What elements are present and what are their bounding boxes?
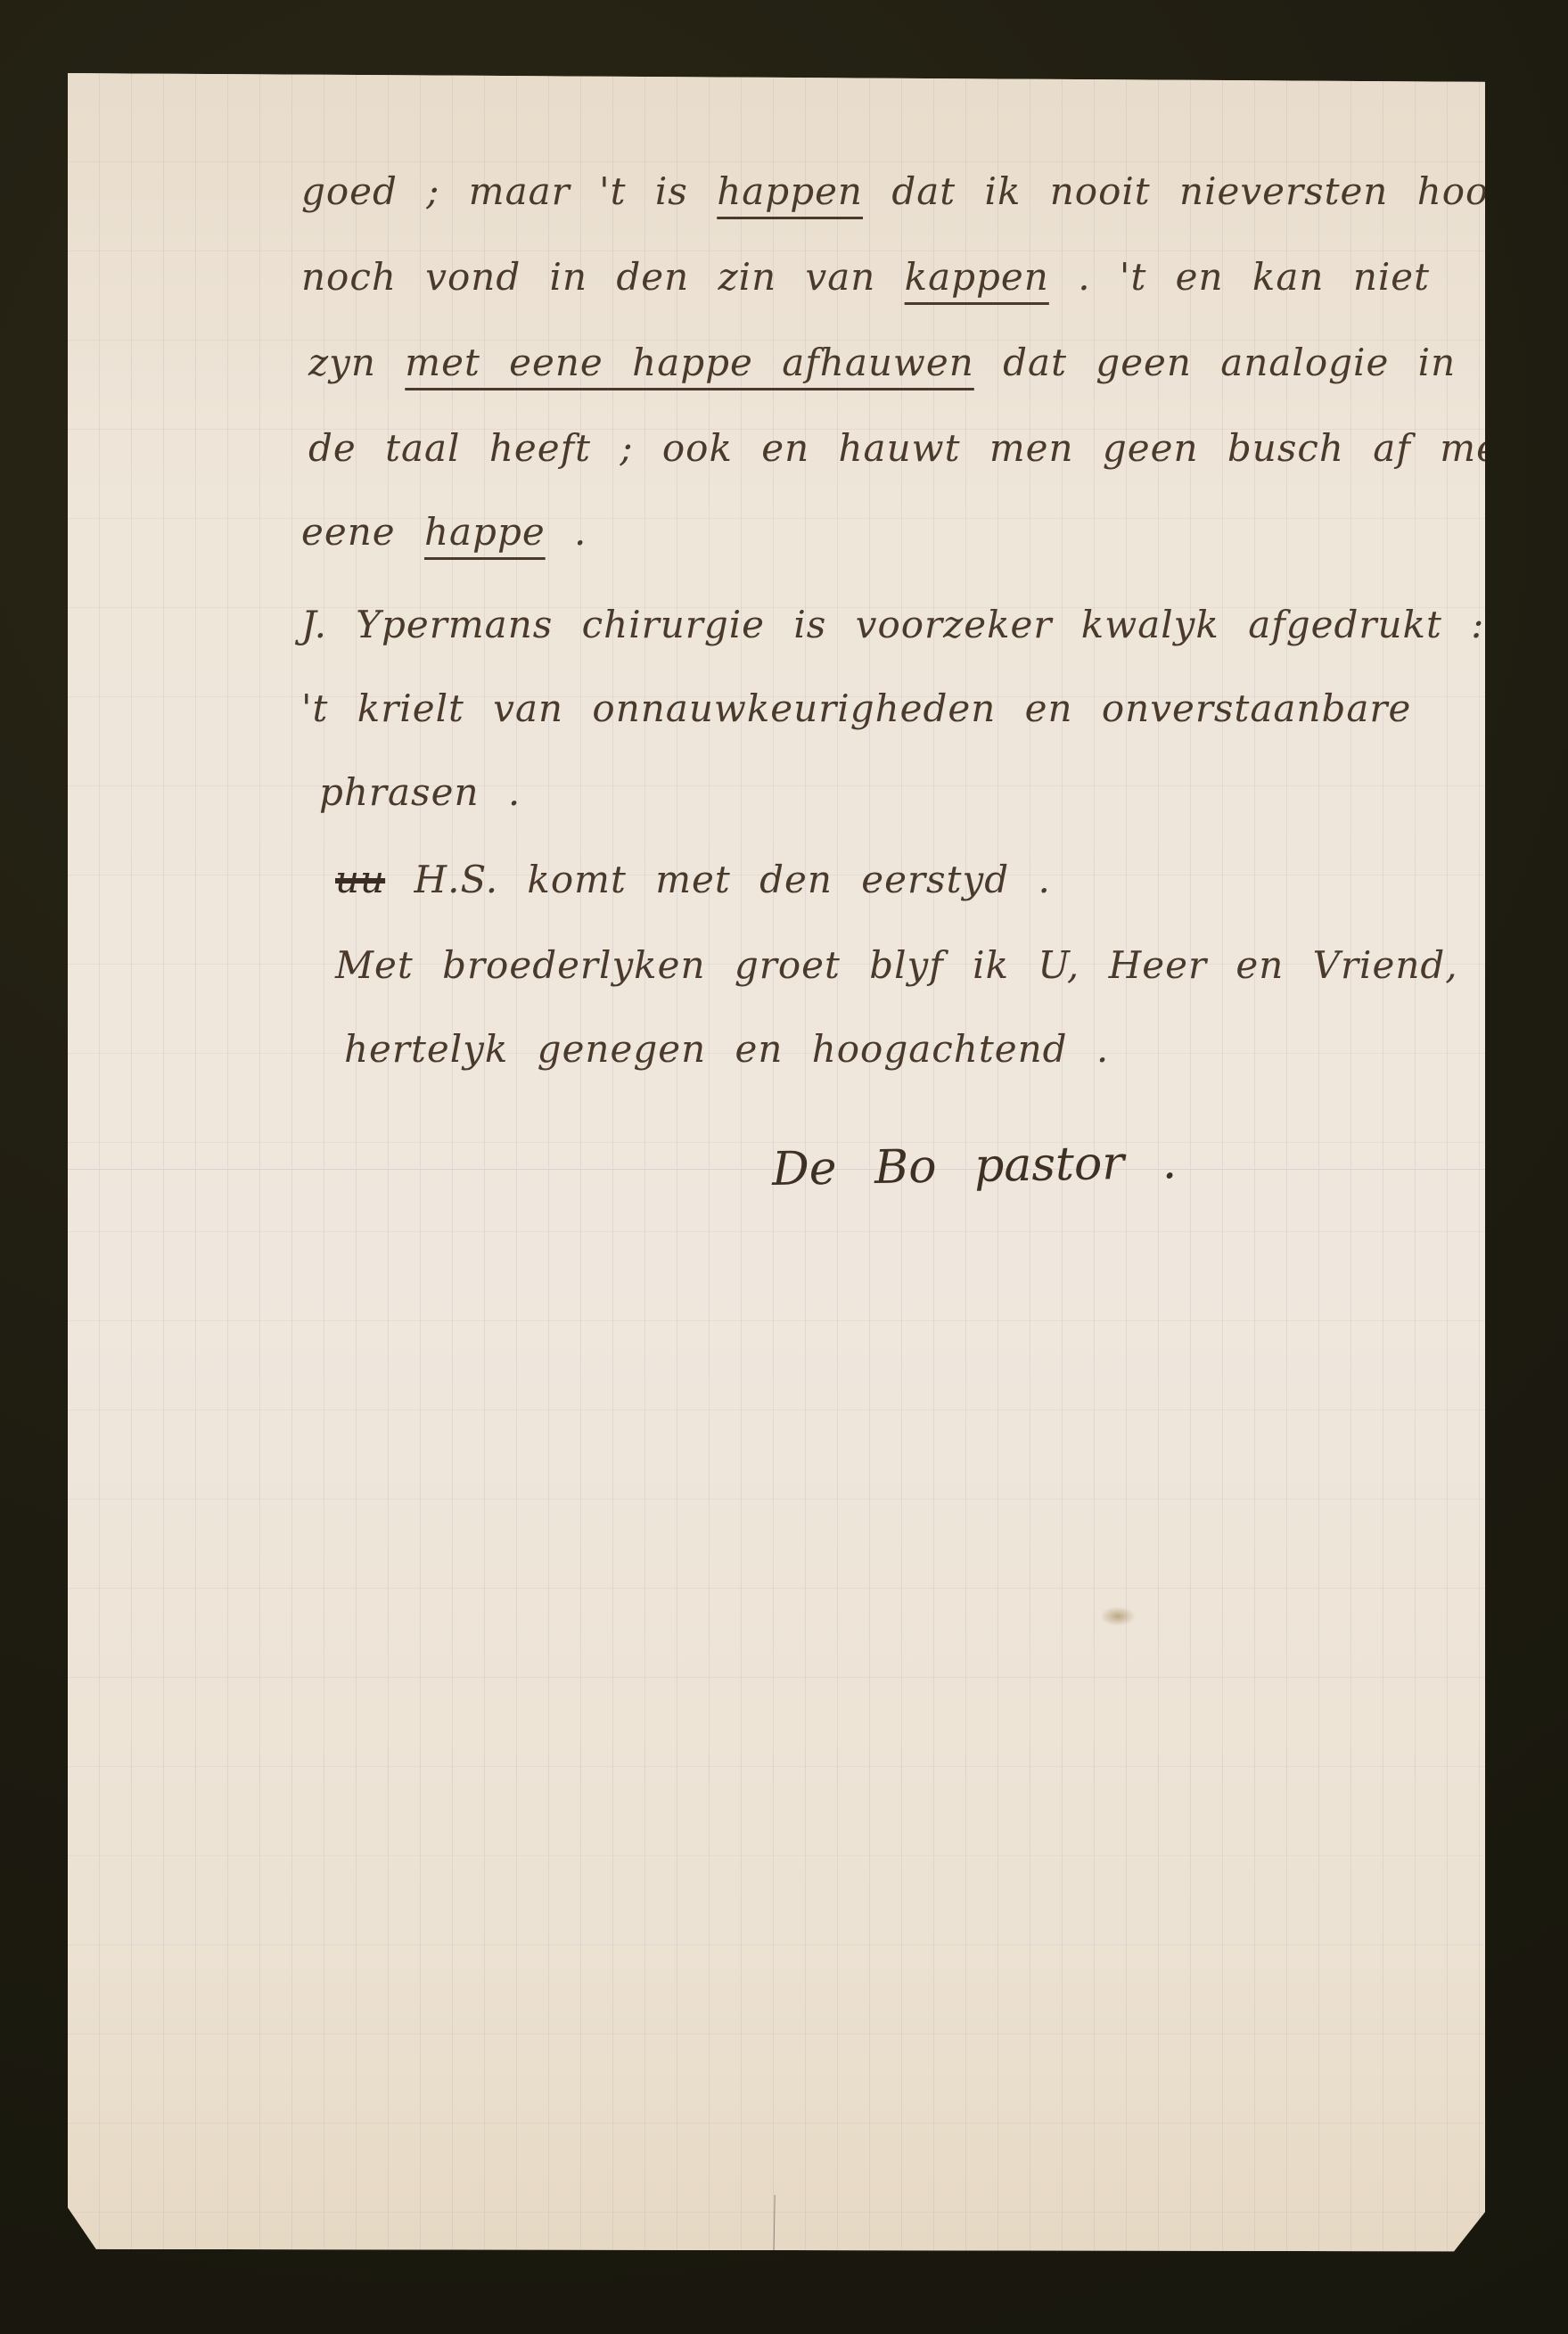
line-7-text: 't krielt van onnauwkeurigheden en onver… [301, 686, 1411, 730]
line-5-underlined-word: happe [424, 510, 546, 554]
line-9-text: H.S. komt met den eerstyd . [385, 858, 1051, 901]
handwritten-text: goed ; maar 't is happen dat ik nooit ni… [68, 73, 1485, 2264]
signature: De Bo pastor . [772, 1136, 1178, 1196]
line-11-text: hertelyk genegen en hoogachtend . [344, 1027, 1109, 1071]
handwritten-line-11: hertelyk genegen en hoogachtend . [344, 1027, 1109, 1071]
line-1-segment-3: dat ik nooit nieversten hoorde [863, 169, 1556, 213]
line-10-text: Met broederlyken groet blyf ik U, Heer e… [335, 943, 1458, 987]
line-2-underlined-word: kappen [905, 255, 1049, 299]
line-2-segment-3: . 't en kan niet [1049, 255, 1430, 299]
line-3-underlined-phrase: met eene happe afhauwen [405, 341, 974, 384]
handwritten-line-6: J. Ypermans chirurgie is voorzeker kwaly… [301, 603, 1484, 646]
line-4-text: de taal heeft ; ook en hauwt men geen bu… [308, 426, 1515, 470]
line-9-struck-out-word: uu [335, 858, 385, 901]
handwritten-line-7: 't krielt van onnauwkeurigheden en onver… [301, 686, 1411, 730]
handwritten-line-8: phrasen . [319, 770, 521, 814]
line-5-segment-3: . [546, 510, 587, 554]
handwritten-line-3: zyn met eene happe afhauwen dat geen ana… [308, 341, 1456, 384]
handwritten-line-4: de taal heeft ; ook en hauwt men geen bu… [308, 426, 1515, 470]
handwritten-line-2: noch vond in den zin van kappen . 't en … [301, 255, 1430, 299]
line-3-segment-3: dat geen analogie in [974, 341, 1456, 384]
letter-page: goed ; maar 't is happen dat ik nooit ni… [68, 73, 1485, 2264]
line-5-segment-1: eene [301, 510, 424, 554]
line-3-segment-1: zyn [308, 341, 405, 384]
handwritten-line-10: Met broederlyken groet blyf ik U, Heer e… [335, 943, 1458, 987]
line-1-segment-1: goed ; maar 't is [301, 169, 717, 213]
line-2-segment-1: noch vond in den zin van [301, 255, 905, 299]
handwritten-line-1: goed ; maar 't is happen dat ik nooit ni… [301, 169, 1556, 213]
line-1-underlined-word: happen [717, 169, 863, 213]
handwritten-line-9: uu H.S. komt met den eerstyd . [335, 858, 1051, 901]
handwritten-line-5: eene happe . [301, 510, 587, 554]
line-8-text: phrasen . [319, 770, 521, 814]
line-6-text: J. Ypermans chirurgie is voorzeker kwaly… [301, 603, 1484, 646]
